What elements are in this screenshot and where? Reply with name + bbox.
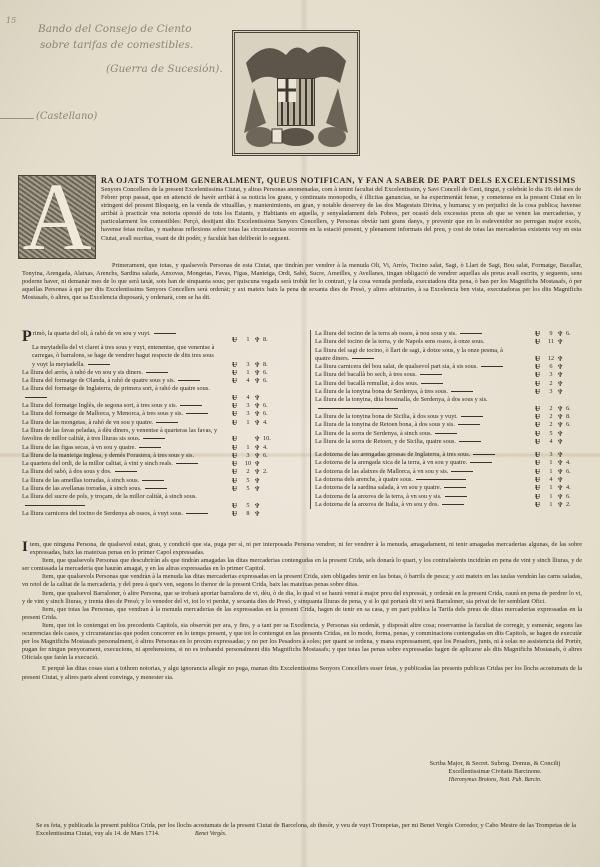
price-list-left-column: Primò, la quarta del oli, à rahó de vn s… <box>22 330 300 518</box>
signature-name: Hieronymus Brotons, Nott. Pub. Barcin. <box>410 776 580 784</box>
decorated-initial-letter: A <box>18 175 96 259</box>
price-row: La lliura del bacallà bo sech, à tres so… <box>315 371 588 379</box>
signature-line-2: Excellentissimæ Civitatis Barcinone. <box>410 768 580 776</box>
price-row: La lliura del formatge de Olanda, à rahó… <box>22 377 300 385</box>
clause: E perquè las ditas cosas sian a tothom n… <box>22 665 582 681</box>
clauses-section: Item, que ninguna Persona, de qualsevol … <box>22 541 582 682</box>
price-row: La dotzena de la anxova de Italia, à vn … <box>315 501 588 509</box>
diners-symbol-icon: ♆ <box>254 460 263 468</box>
coat-of-arms-icon <box>232 30 360 156</box>
signature-block: Scriba Major, & Secret. Subrog. Domus, &… <box>410 760 580 784</box>
price-row: La lliura del formatge de Mallorca, y Me… <box>22 410 300 418</box>
clause: Item, que qualsevols Personas que vendrà… <box>22 573 582 589</box>
sous-symbol-icon: Ʉ <box>232 444 242 452</box>
diners-symbol-icon: ♆ <box>557 476 566 484</box>
diners-symbol-icon: ♆ <box>557 355 566 363</box>
diners-symbol-icon: ♆ <box>254 502 263 510</box>
diners-symbol-icon: ♆ <box>254 510 263 518</box>
primerament-paragraph: Primerament, que totas, y qualsevols Per… <box>22 262 582 302</box>
handwritten-note-line-1: Bando del Consejo de Ciento <box>38 22 192 36</box>
sous-symbol-icon: Ʉ <box>535 493 545 501</box>
diners-symbol-icon: ♆ <box>557 405 566 413</box>
diners-symbol-icon: ♆ <box>254 410 263 418</box>
price-row: Primò, la quarta del oli, à rahó de vn s… <box>22 330 300 344</box>
price-row: La lliura de las avellanas torradas, à s… <box>22 485 300 493</box>
diners-symbol-icon: ♆ <box>557 413 566 421</box>
price-row: La lliura de las ametllas torradas, à si… <box>22 477 300 485</box>
clause: Item, que ninguna Persona, de qualsevol … <box>22 541 582 557</box>
sous-symbol-icon: Ʉ <box>535 371 545 379</box>
price-row: La lliura de la tonyina, dita bossinalla… <box>315 396 588 413</box>
price-row: La lliura del sabò, à dos sous y dos.Ʉ2♆… <box>22 468 300 476</box>
sous-symbol-icon: Ʉ <box>535 413 545 421</box>
price-row: La dotzena de las arengadas grossas de I… <box>315 451 588 459</box>
diners-symbol-icon: ♆ <box>254 369 263 377</box>
sous-symbol-icon: Ʉ <box>535 459 545 467</box>
clause: Item, que qualsevols Personas que descub… <box>22 557 582 573</box>
document-page: 15 Bando del Consejo de Ciento sobre tar… <box>0 0 600 867</box>
price-row: La dotzena dels arenchs, à quatre sous.Ʉ… <box>315 476 588 484</box>
clause: Item, que qualsevol Barraloner, ò altre … <box>22 590 582 606</box>
sous-symbol-icon: Ʉ <box>232 460 242 468</box>
sous-symbol-icon: Ʉ <box>535 484 545 492</box>
sous-symbol-icon: Ʉ <box>535 380 545 388</box>
sous-symbol-icon: Ʉ <box>232 361 242 369</box>
sous-symbol-icon: Ʉ <box>535 451 545 459</box>
sous-symbol-icon: Ʉ <box>232 410 242 418</box>
price-row: La lliura del arròs, à rahó de vn sou y … <box>22 369 300 377</box>
sous-symbol-icon: Ʉ <box>232 485 242 493</box>
diners-symbol-icon: ♆ <box>254 452 263 460</box>
diners-symbol-icon: ♆ <box>254 377 263 385</box>
sous-symbol-icon: Ʉ <box>535 363 545 371</box>
diners-symbol-icon: ♆ <box>557 438 566 446</box>
diners-symbol-icon: ♆ <box>254 361 263 369</box>
diners-symbol-icon: ♆ <box>557 459 566 467</box>
price-row: La lliura de las figas secas, à vn sou y… <box>22 444 300 452</box>
sous-symbol-icon: Ʉ <box>535 476 545 484</box>
diners-symbol-icon: ♆ <box>254 336 263 344</box>
diners-symbol-icon: ♆ <box>254 402 263 410</box>
price-row: La lliura de la sorra de Retoen, y de Si… <box>315 438 588 446</box>
price-row: La lliura del sucre de pols, y troçam, d… <box>22 493 300 510</box>
sous-symbol-icon: Ʉ <box>535 421 545 429</box>
price-row: La lliura de la tonyina bona de Serdenya… <box>315 388 588 396</box>
diners-symbol-icon: ♆ <box>254 419 263 427</box>
price-row: La lliura de las favas peladas, à dèu di… <box>22 427 300 444</box>
diners-symbol-icon: ♆ <box>557 330 566 338</box>
price-row: La lliura de las mongetas, à rahó de vn … <box>22 419 300 427</box>
price-row: La lliura carnicera del bou salat, de qu… <box>315 363 588 371</box>
sous-symbol-icon: Ʉ <box>232 336 242 344</box>
publication-footer: Se es feta, y publicada la present publi… <box>36 822 576 838</box>
price-row: La lliura del bacallà remullat, à dos so… <box>315 380 588 388</box>
diners-symbol-icon: ♆ <box>557 451 566 459</box>
price-row: La dotzena de las alatxes de Mallorca, à… <box>315 468 588 476</box>
sous-symbol-icon: Ʉ <box>535 430 545 438</box>
handwritten-note-line-4: (Castellano) <box>36 110 97 124</box>
sous-symbol-icon: Ʉ <box>535 388 545 396</box>
price-row: La lliura de la sorra de Serdenya, à sin… <box>315 430 588 438</box>
diners-symbol-icon: ♆ <box>557 363 566 371</box>
price-row: La lliura del tocino de la terra ab osso… <box>315 330 588 338</box>
sous-symbol-icon: Ʉ <box>232 419 242 427</box>
handwritten-note-line-3: (Guerra de Sucesión). <box>106 62 223 76</box>
diners-symbol-icon: ♆ <box>557 484 566 492</box>
sous-symbol-icon: Ʉ <box>232 452 242 460</box>
diners-symbol-icon: ♆ <box>557 468 566 476</box>
price-row: La lliura de la tonyina de Retoen bona, … <box>315 421 588 429</box>
sous-symbol-icon: Ʉ <box>535 338 545 346</box>
diners-symbol-icon: ♆ <box>557 493 566 501</box>
sous-symbol-icon: Ʉ <box>232 477 242 485</box>
diners-symbol-icon: ♆ <box>557 421 566 429</box>
diners-symbol-icon: ♆ <box>557 338 566 346</box>
proclamation-heading: RA OJATS TOTHOM GENERALMENT, QUEUS NOTIF… <box>101 176 581 186</box>
clause: Item, que tot lo contengut en los preced… <box>22 622 582 662</box>
price-row: La dotzena de la arengada xica de la ter… <box>315 459 588 467</box>
diners-symbol-icon: ♆ <box>254 444 263 452</box>
sous-symbol-icon: Ʉ <box>232 402 242 410</box>
intro-paragraph: RA OJATS TOTHOM GENERALMENT, QUEUS NOTIF… <box>101 176 581 243</box>
sous-symbol-icon: Ʉ <box>535 405 545 413</box>
diners-symbol-icon: ♆ <box>557 371 566 379</box>
diners-symbol-icon: ♆ <box>557 380 566 388</box>
intro-text: Senyors Concellers de la present Excelen… <box>101 186 581 242</box>
price-row: La lliura del sagi de tocino, ò llart de… <box>315 347 588 364</box>
diners-symbol-icon: ♆ <box>557 501 566 509</box>
diners-symbol-icon: ♆ <box>254 485 263 493</box>
price-row: La lliura del formatge Inglès, de segona… <box>22 402 300 410</box>
margin-rule <box>0 118 34 119</box>
price-row: La meytadella del vi claret à tres sous … <box>22 344 300 369</box>
price-row: La lliura del tocino de la terra, y de N… <box>315 338 588 346</box>
diners-symbol-icon: ♆ <box>557 388 566 396</box>
sous-symbol-icon: Ʉ <box>535 468 545 476</box>
sous-symbol-icon: Ʉ <box>535 355 545 363</box>
diners-symbol-icon: ♆ <box>254 394 263 402</box>
diners-symbol-icon: ♆ <box>254 435 263 443</box>
price-row: La dotzena de la anxova de la terra, à v… <box>315 493 588 501</box>
sous-symbol-icon: Ʉ <box>232 394 242 402</box>
handwritten-note-line-2: sobre tarifas de comestibles. <box>40 38 193 52</box>
sous-symbol-icon: Ʉ <box>232 468 242 476</box>
sous-symbol-icon: Ʉ <box>535 330 545 338</box>
price-list-right-column: La lliura del tocino de la terra ab osso… <box>310 330 588 509</box>
sous-symbol-icon: Ʉ <box>232 435 242 443</box>
price-row: La lliura carnicera del tocino de Serden… <box>22 510 300 518</box>
sous-symbol-icon: Ʉ <box>232 510 242 518</box>
price-row: La quartera del ordi, de la millor calit… <box>22 460 300 468</box>
sous-symbol-icon: Ʉ <box>535 438 545 446</box>
sous-symbol-icon: Ʉ <box>535 501 545 509</box>
sous-symbol-icon: Ʉ <box>232 377 242 385</box>
price-row: La dotzena de la sardina salada, à vn so… <box>315 484 588 492</box>
diners-symbol-icon: ♆ <box>254 477 263 485</box>
diners-symbol-icon: ♆ <box>254 468 263 476</box>
price-row: La lliura de la manteiga inglesa, y demè… <box>22 452 300 460</box>
clause: Item, que totas las Personas, que vendra… <box>22 606 582 622</box>
price-row: La lliura del formatge de Inglaterra, de… <box>22 385 300 402</box>
sous-symbol-icon: Ʉ <box>232 369 242 377</box>
price-row: La lliura de la tonyina bona de Sicilia,… <box>315 413 588 421</box>
sous-symbol-icon: Ʉ <box>232 502 242 510</box>
footer-signature: Benet Vergès. <box>195 831 226 837</box>
diners-symbol-icon: ♆ <box>557 430 566 438</box>
folio-mark: 15 <box>6 14 16 28</box>
signature-line-1: Scriba Major, & Secret. Subrog. Domus, &… <box>410 760 580 768</box>
footer-text: Se es feta, y publicada la present publi… <box>36 822 576 837</box>
